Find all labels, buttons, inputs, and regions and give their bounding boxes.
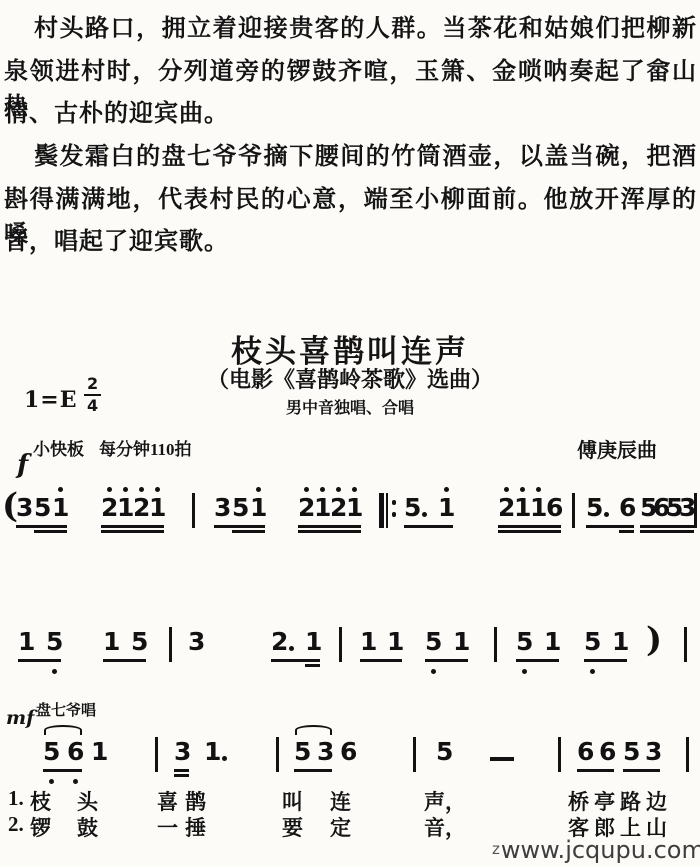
note-digit: 6 (340, 738, 357, 766)
note-digit: 1 (453, 628, 470, 656)
tempo-marking: 小快板每分钟110拍 (33, 435, 192, 460)
beam-line (640, 525, 694, 528)
note-digit: 1 (103, 628, 120, 656)
song-voicing: 男中音独唱、合唱 (0, 395, 700, 418)
note-digit: 1 (117, 494, 134, 522)
barline (276, 737, 279, 772)
beam-line (404, 525, 453, 528)
octave-dot-high (336, 487, 341, 492)
note-digit: 1 (149, 494, 166, 522)
phrase-paren: ) (646, 620, 662, 660)
lyric-syllable: 锣 (30, 812, 51, 842)
beam-line (174, 774, 189, 777)
octave-dot-high (444, 487, 449, 492)
barline (339, 627, 342, 662)
note-digit: 2 (330, 494, 347, 522)
augmentation-dot (422, 512, 427, 517)
prose-line: 情、古朴的迎宾曲。 (4, 93, 697, 128)
beam-line (360, 659, 402, 662)
beam-line (271, 659, 320, 662)
tempo-bpm: 每分钟110拍 (99, 440, 192, 459)
note-digit: 1 (346, 494, 363, 522)
note-digit: 3 (16, 494, 33, 522)
song-subtitle: （电影《喜鹊岭茶歌》选曲） (0, 363, 700, 394)
lyric-syllable: 要 (282, 812, 303, 842)
beam-line (43, 769, 82, 772)
beam-line (577, 769, 614, 772)
note-digit: 1 (18, 628, 35, 656)
octave-dot-high (504, 487, 509, 492)
watermark: zwww.jcqupu.com (492, 836, 700, 864)
lyric-syllable: 定 (330, 812, 351, 842)
beam-line (16, 525, 67, 528)
note-digit: 1 (612, 628, 629, 656)
note-digit: 1 (360, 628, 377, 656)
beam-line-secondary (34, 530, 67, 533)
augmentation-dot (222, 756, 227, 761)
note-digit: 2 (498, 494, 515, 522)
octave-dot-low (522, 669, 527, 674)
barline (558, 737, 561, 772)
note-digit: 1 (314, 494, 331, 522)
note-digit: 5 (404, 494, 421, 522)
scanned-score-page: 村头路口，拥立着迎接贵客的人群。当茶花和姑娘们把柳新 泉领进村时，分列道旁的锣鼓… (0, 0, 700, 867)
octave-dot-high (155, 487, 160, 492)
barline (413, 737, 416, 772)
beam-line (498, 525, 561, 528)
note-digit: 5 (34, 494, 51, 522)
note-digit: 3 (174, 738, 191, 766)
barline (686, 737, 689, 772)
beam-line (623, 769, 660, 772)
octave-dot-high (256, 487, 261, 492)
note-digit: 1 (438, 494, 455, 522)
octave-dot-low (73, 779, 78, 784)
note-digit: 5 (516, 628, 533, 656)
note-digit: 1 (204, 738, 221, 766)
prose-line: 音，唱起了迎宾歌。 (4, 221, 697, 256)
octave-dot-low (49, 779, 54, 784)
dynamic-marking-f: f (17, 450, 28, 480)
note-digit: 2 (133, 494, 150, 522)
lyric-row-1: 1.枝头喜鹊叫连声，桥亭路边 (0, 786, 700, 814)
octave-dot-high (536, 487, 541, 492)
note-digit: 1 (91, 738, 108, 766)
beam-line-secondary (232, 530, 265, 533)
slur-arc (295, 725, 332, 735)
meter-denominator: 4 (84, 396, 101, 414)
beam-line (298, 530, 361, 533)
beam-line (174, 769, 189, 772)
note-digit: 5 (425, 628, 442, 656)
composer-credit: 傅庚辰曲 (577, 434, 657, 463)
octave-dot-high (320, 487, 325, 492)
octave-dot-high (352, 487, 357, 492)
beam-line (516, 659, 559, 662)
note-digit: 6 (67, 738, 84, 766)
octave-dot-high (304, 487, 309, 492)
note-digit: 5 (43, 738, 60, 766)
note-digit: 5 (586, 494, 603, 522)
note-digit: 1 (387, 628, 404, 656)
jianpu-line-3: 5613153656653 (0, 730, 700, 792)
barline (694, 493, 697, 528)
meter-numerator: 2 (84, 376, 101, 396)
note-digit: 5 (623, 738, 640, 766)
beam-line (498, 530, 561, 533)
beam-line (586, 525, 634, 528)
octave-dot-low (431, 669, 436, 674)
lyric-syllable: 一捶 (157, 812, 213, 842)
prose-line: 村头路口，拥立着迎接贵客的人群。当茶花和姑娘们把柳新 (4, 8, 697, 43)
note-digit: 5 (131, 628, 148, 656)
note-digit: 3 (188, 628, 205, 656)
octave-dot-high (107, 487, 112, 492)
note-digit: 1 (514, 494, 531, 522)
note-digit: 5 (294, 738, 311, 766)
note-digit: 1 (250, 494, 267, 522)
barline (155, 737, 158, 772)
barline (169, 627, 172, 662)
lyric-syllable: 音， (424, 812, 466, 842)
beam-line (425, 659, 468, 662)
beam-line (214, 525, 265, 528)
note-digit: 1 (544, 628, 561, 656)
note-digit: 1 (530, 494, 547, 522)
note-digit: 3 (317, 738, 334, 766)
note-digit: 6 (599, 738, 616, 766)
barline (684, 627, 687, 662)
augmentation-dot (604, 512, 609, 517)
watermark-mark: z (492, 840, 500, 858)
watermark-text: www.jcqupu.com (501, 836, 700, 864)
note-digit: 6 (619, 494, 636, 522)
note-digit: 5 (46, 628, 63, 656)
jianpu-line-1: (35121213512121512116565653 (0, 486, 700, 548)
note-digit: 2 (271, 628, 288, 656)
lyric-syllable: 2. (8, 812, 24, 837)
augmentation-dot (289, 646, 294, 651)
time-signature: 2 4 (84, 376, 101, 414)
dash-note (490, 757, 514, 761)
octave-dot-high (58, 487, 63, 492)
note-digit: 1 (305, 628, 322, 656)
note-digit: 2 (101, 494, 118, 522)
note-digit: 3 (214, 494, 231, 522)
note-digit: 6 (546, 494, 563, 522)
slur-arc (44, 725, 82, 735)
note-digit: 6 (577, 738, 594, 766)
beam-line (101, 525, 164, 528)
jianpu-line-2: 151532111515151) (0, 620, 700, 682)
prose-line: 鬓发霜白的盘七爷爷摘下腰间的竹筒酒壶，以盖当碗，把酒 (4, 136, 697, 171)
octave-dot-high (139, 487, 144, 492)
singer-label: 盘七爷唱 (36, 699, 96, 720)
beam-line-secondary (619, 530, 634, 533)
repeat-thin-bar (386, 493, 388, 528)
octave-dot-high (520, 487, 525, 492)
key-signature: 1=E (24, 387, 78, 413)
beam-line (640, 530, 694, 533)
lyric-syllable: 鼓 (77, 812, 98, 842)
beam-line-secondary (305, 664, 320, 667)
octave-dot-high (123, 487, 128, 492)
beam-line (294, 769, 332, 772)
octave-dot-low (52, 669, 57, 674)
repeat-thick-bar (379, 493, 384, 528)
repeat-sign (379, 493, 397, 528)
octave-dot-low (590, 669, 595, 674)
note-digit: 3 (645, 738, 662, 766)
repeat-dot (392, 500, 397, 505)
note-digit: 2 (298, 494, 315, 522)
beam-line (101, 530, 164, 533)
lyric-syllable: 1. (8, 786, 24, 811)
note-digit: 5 (232, 494, 249, 522)
tempo-style: 小快板 (33, 440, 84, 459)
note-digit: 5 (584, 628, 601, 656)
barline (572, 493, 575, 528)
dynamic-marking-mf: mf (6, 707, 34, 729)
beam-line (298, 525, 361, 528)
beam-line (584, 659, 627, 662)
beam-line (18, 659, 61, 662)
beam-line (103, 659, 146, 662)
note-digit: 1 (52, 494, 69, 522)
barline (192, 493, 195, 528)
repeat-dot (392, 512, 397, 517)
barline (494, 627, 497, 662)
note-digit: 5 (436, 738, 453, 766)
